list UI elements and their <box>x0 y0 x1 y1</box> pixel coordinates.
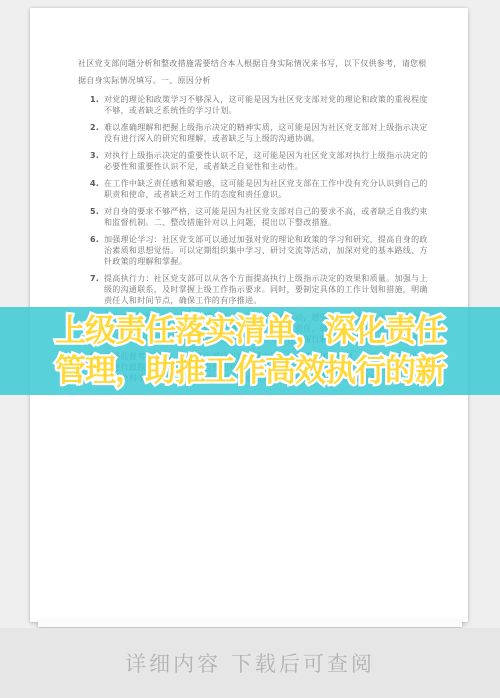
doc-list-item: 2. 难以准确理解和把握上级指示决定的精神实质，这可能是因为社区党支部对上级指示… <box>78 122 434 144</box>
doc-list-item: 5. 对自身的要求不够严格，这可能是因为社区党支部对自己的要求不高，或者缺乏自我… <box>78 206 434 228</box>
item-text: 在工作中缺乏责任感和紧迫感，这可能是因为社区党支部在工作中没有充分认识到自己的职… <box>104 179 428 199</box>
item-text: 难以准确理解和把握上级指示决定的精神实质，这可能是因为社区党支部对上级指示决定没… <box>104 123 428 143</box>
download-hint-bar: 详细内容 下载后可查阅 <box>0 628 500 698</box>
page-stack-edge <box>38 620 462 627</box>
doc-intro-paragraph: 社区党支部问题分析和整改措施需要结合本人根据自身实际情况来书写，以下仅供参考，请… <box>78 55 434 89</box>
item-number: 1. <box>90 94 99 105</box>
item-text: 加强理论学习：社区党支部可以通过加强对党的理论和政策的学习和研究，提高自身的政治… <box>104 235 428 266</box>
title-overlay-band: 上级责任落实清单，深化责任 上级责任落实清单，深化责任 管理，助推工作高效执行的… <box>0 307 500 395</box>
item-text: 提高执行力：社区党支部可以从各个方面提高执行上级指示决定的效果和质量。加强与上级… <box>104 274 428 305</box>
doc-list-item: 7. 提高执行力：社区党支部可以从各个方面提高执行上级指示决定的效果和质量。加强… <box>78 273 434 306</box>
item-number: 7. <box>90 273 99 284</box>
doc-list-item: 4. 在工作中缺乏责任感和紧迫感，这可能是因为社区党支部在工作中没有充分认识到自… <box>78 178 434 200</box>
doc-list-item: 6. 加强理论学习：社区党支部可以通过加强对党的理论和政策的学习和研究，提高自身… <box>78 234 434 267</box>
item-text: 对党的理论和政策学习不够深入，这可能是因为社区党支部对党的理论和政策的重视程度不… <box>104 95 428 115</box>
overlay-title-line1-fill: 上级责任落实清单，深化责任 <box>55 313 445 349</box>
item-number: 2. <box>90 122 99 133</box>
overlay-title-line2: 管理，助推工作高效执行的新 管理，助推工作高效执行的新 <box>0 351 500 391</box>
overlay-title-line2-fill: 管理，助推工作高效执行的新 <box>55 353 445 389</box>
item-number: 5. <box>90 206 99 217</box>
item-text: 对自身的要求不够严格，这可能是因为社区党支部对自己的要求不高，或者缺乏自我约束和… <box>104 207 428 227</box>
item-number: 6. <box>90 234 99 245</box>
item-text: 对执行上级指示决定的重要性认识不足，这可能是因为社区党支部对执行上级指示决定的必… <box>104 151 428 171</box>
document-preview: 社区党支部问题分析和整改措施需要结合本人根据自身实际情况来书写，以下仅供参考，请… <box>0 0 500 698</box>
overlay-title-line1: 上级责任落实清单，深化责任 上级责任落实清单，深化责任 <box>0 311 500 351</box>
item-number: 3. <box>90 150 99 161</box>
doc-list-item: 3. 对执行上级指示决定的重要性认识不足，这可能是因为社区党支部对执行上级指示决… <box>78 150 434 172</box>
download-hint-text: 详细内容 下载后可查阅 <box>125 648 375 678</box>
doc-list-item: 1. 对党的理论和政策学习不够深入，这可能是因为社区党支部对党的理论和政策的重视… <box>78 94 434 116</box>
item-number: 4. <box>90 178 99 189</box>
